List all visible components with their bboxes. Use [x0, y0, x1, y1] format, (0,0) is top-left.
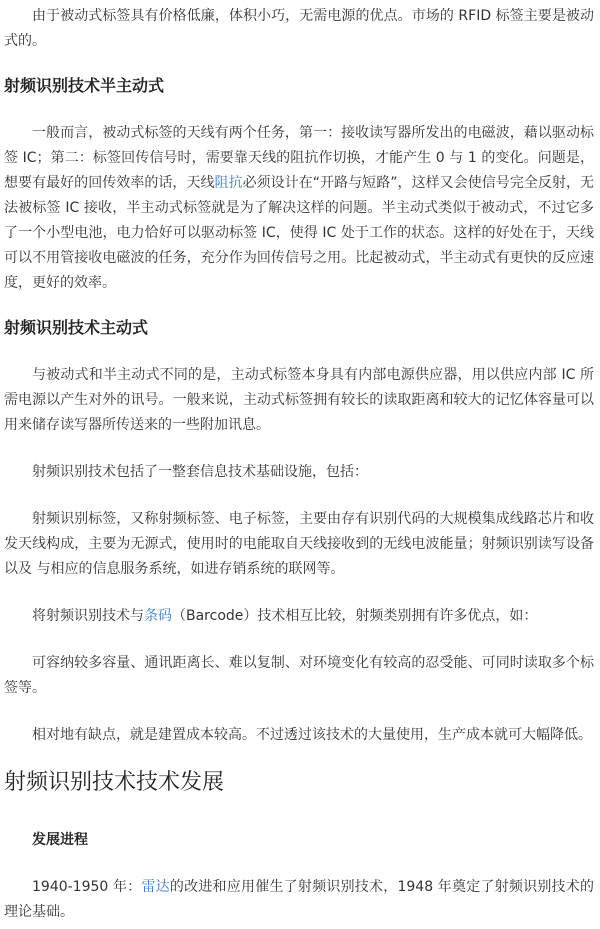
text-segment: 1940-1950 年：	[32, 879, 141, 895]
heading-active: 射频识别技术主动式	[4, 316, 594, 340]
heading-semi-active: 射频识别技术半主动式	[4, 74, 594, 98]
text-segment: 将射频识别技术与	[32, 608, 144, 624]
paragraph-tags: 射频识别标签，又称射频标签、电子标签，主要由存有识别代码的大规模集成线路芯片和收…	[4, 507, 594, 582]
paragraph-semi-active: 一般而言，被动式标签的天线有两个任务，第一：接收读写器所发出的电磁波，藉以驱动标…	[4, 121, 594, 296]
paragraph-advantages: 可容纳较多容量、通讯距离长、难以复制、对环境变化有较高的忍受能、可同时读取多个标…	[4, 651, 594, 701]
link-radar[interactable]: 雷达	[141, 879, 169, 895]
paragraph-barcode-comparison: 将射频识别技术与条码（Barcode）技术相互比较，射频类别拥有许多优点，如：	[4, 604, 594, 629]
paragraph-passive-summary: 由于被动式标签具有价格低廉，体积小巧，无需电源的优点。市场的 RFID 标签主要…	[4, 4, 594, 54]
heading-development: 射频识别技术技术发展	[4, 768, 594, 798]
paragraph-active: 与被动式和半主动式不同的是，主动式标签本身具有内部电源供应器，用以供应内部 IC…	[4, 363, 594, 438]
link-barcode[interactable]: 条码	[144, 608, 172, 624]
article-body: 由于被动式标签具有价格低廉，体积小巧，无需电源的优点。市场的 RFID 标签主要…	[0, 4, 600, 925]
text-segment: （Barcode）技术相互比较，射频类别拥有许多优点，如：	[172, 608, 537, 624]
link-impedance[interactable]: 阻抗	[215, 175, 243, 191]
paragraph-1940-1950: 1940-1950 年：雷达的改进和应用催生了射频识别技术，1948 年奠定了射…	[4, 875, 594, 925]
text-segment: 必须设计在“开路与短路”，这样又会使信号完全反射，无法被标签 IC 接收，半主动…	[4, 175, 594, 291]
paragraph-disadvantages: 相对地有缺点，就是建置成本较高。不过透过该技术的大量使用，生产成本就可大幅降低。	[4, 723, 594, 748]
paragraph-infrastructure: 射频识别技术包括了一整套信息技术基础设施，包括：	[4, 460, 594, 485]
heading-history: 发展进程	[4, 828, 594, 852]
